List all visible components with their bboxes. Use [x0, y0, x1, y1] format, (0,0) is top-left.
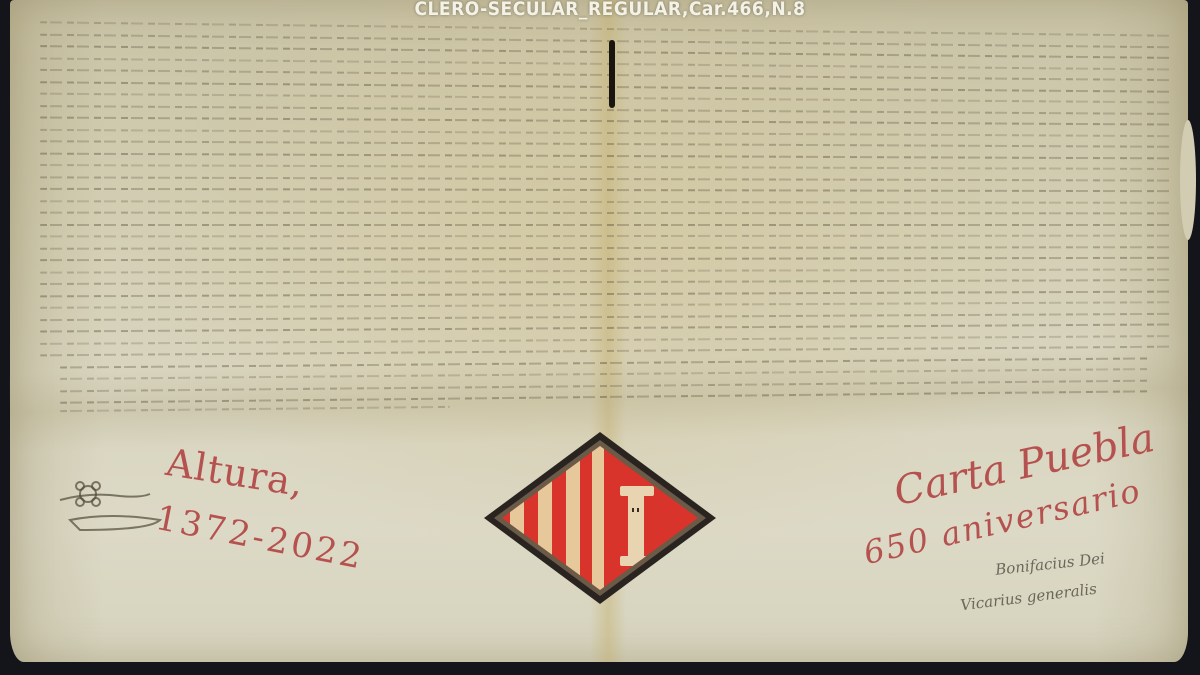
manuscript-line: [40, 235, 1170, 238]
manuscript-line: [40, 257, 1170, 261]
manuscript-line: [40, 246, 1170, 250]
manuscript-line: [40, 268, 1170, 273]
coat-of-arms-icon: [482, 430, 718, 606]
manuscript-line: [40, 323, 1170, 332]
manuscript-line: [40, 81, 1170, 92]
altura-title: Altura,: [163, 440, 307, 505]
manuscript-line: [40, 164, 1170, 170]
manuscript-line: [40, 69, 1170, 81]
manuscript-line: [40, 176, 1170, 181]
manuscript-line: [40, 301, 1170, 309]
manuscript-line: [40, 200, 1170, 204]
manuscript-line: [40, 312, 1170, 320]
notary-seal-icon: [50, 472, 170, 542]
manuscript-line: [40, 128, 1170, 136]
manuscript-line: [40, 45, 1170, 59]
manuscript-line: [40, 33, 1170, 48]
binding-mark: [609, 40, 615, 108]
manuscript-line: [60, 390, 1150, 403]
manuscript-line: [40, 290, 1170, 297]
signature-line-1: Bonifacius Dei: [994, 549, 1105, 578]
manuscript-line: [40, 279, 1170, 285]
manuscript-line: [40, 212, 1170, 215]
manuscript-line: [40, 335, 1170, 345]
manuscript-line: [60, 368, 1150, 380]
altura-years: 1372-2022: [152, 498, 367, 578]
manuscript-line: [60, 405, 450, 411]
manuscript-line: [40, 105, 1170, 115]
signature-line-2: Vicarius generalis: [959, 580, 1097, 615]
manuscript-line: [40, 140, 1170, 148]
manuscript-line: [40, 21, 1170, 36]
manuscript-text-block: [40, 22, 1170, 422]
manuscript-line: [40, 224, 1170, 226]
manuscript-line: [40, 188, 1170, 192]
manuscript-line: [40, 152, 1170, 159]
manuscript-line: [40, 93, 1170, 104]
manuscript-line: [40, 346, 1170, 357]
manuscript-line: [60, 357, 1150, 368]
manuscript-line: [40, 57, 1170, 70]
manuscript-line: [60, 379, 1150, 392]
image-canvas: Altura, 1372-2022 Carta Puebla 650 anive…: [0, 0, 1200, 675]
manuscript-line: [40, 116, 1170, 125]
archive-reference-caption: CLERO-SECULAR_REGULAR,Car.466,N.8: [0, 0, 1200, 20]
